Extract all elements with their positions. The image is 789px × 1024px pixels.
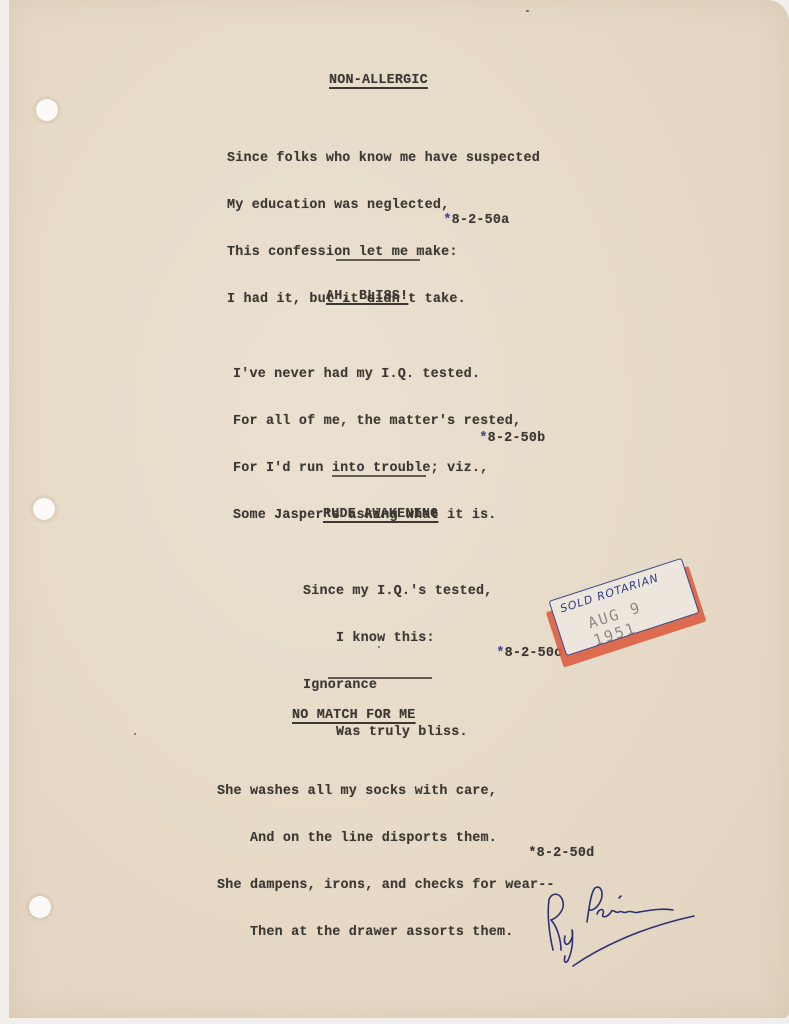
signature [539, 878, 704, 973]
date-code: 8-2-50b [488, 431, 546, 446]
scanned-page: NON-ALLERGIC Since folks who know me hav… [0, 0, 789, 1024]
sold-date-stamp: SOLD ROTARIAN AUG 9 1951 [548, 558, 699, 656]
verse-line: Since folks who know me have suspected [227, 151, 540, 167]
poem-date: *8-2-50d [479, 831, 594, 876]
verse-line: She dampens, irons, and checks for wear-… [217, 878, 555, 894]
date-code: 8-2-50a [452, 213, 510, 228]
date-code: 8-2-50c [505, 646, 563, 661]
binder-hole-bottom [29, 896, 51, 918]
paper-sheet: NON-ALLERGIC Since folks who know me hav… [9, 0, 789, 1018]
verse-line: I've never had my I.Q. tested. [233, 367, 521, 383]
section-divider [336, 259, 420, 261]
verse-line: Since my I.Q.'s tested, [303, 584, 492, 600]
poem-date: *8-2-50c [447, 631, 562, 676]
poem-title: NO MATCH FOR ME [292, 708, 416, 723]
poem-date: *8-2-50b [430, 416, 545, 461]
date-code: 8-2-50d [537, 846, 595, 861]
poem-title: RUDE AWAKENING [323, 507, 438, 522]
asterisk-mark: * [528, 846, 536, 861]
section-divider [328, 677, 432, 679]
verse-line: Then at the drawer assorts them. [217, 925, 555, 941]
binder-hole-middle [33, 498, 55, 520]
poem-date: *8-2-50a [394, 198, 509, 243]
asterisk-mark: * [496, 646, 504, 661]
asterisk-mark: * [443, 213, 451, 228]
verse-line: For I'd run into trouble; viz., [233, 461, 521, 477]
section-divider [332, 475, 426, 477]
poem-title: AH, BLISS! [326, 289, 408, 304]
ink-speck [134, 733, 136, 735]
asterisk-mark: * [479, 431, 487, 446]
ink-speck [526, 10, 529, 12]
poem-title: NON-ALLERGIC [329, 73, 428, 88]
verse-line: Ignorance [303, 678, 492, 694]
verse-line: She washes all my socks with care, [217, 784, 555, 800]
verse-line: This confession let me make: [227, 245, 540, 261]
binder-hole-top [36, 99, 58, 121]
verse-line: Was truly bliss. [303, 725, 492, 741]
